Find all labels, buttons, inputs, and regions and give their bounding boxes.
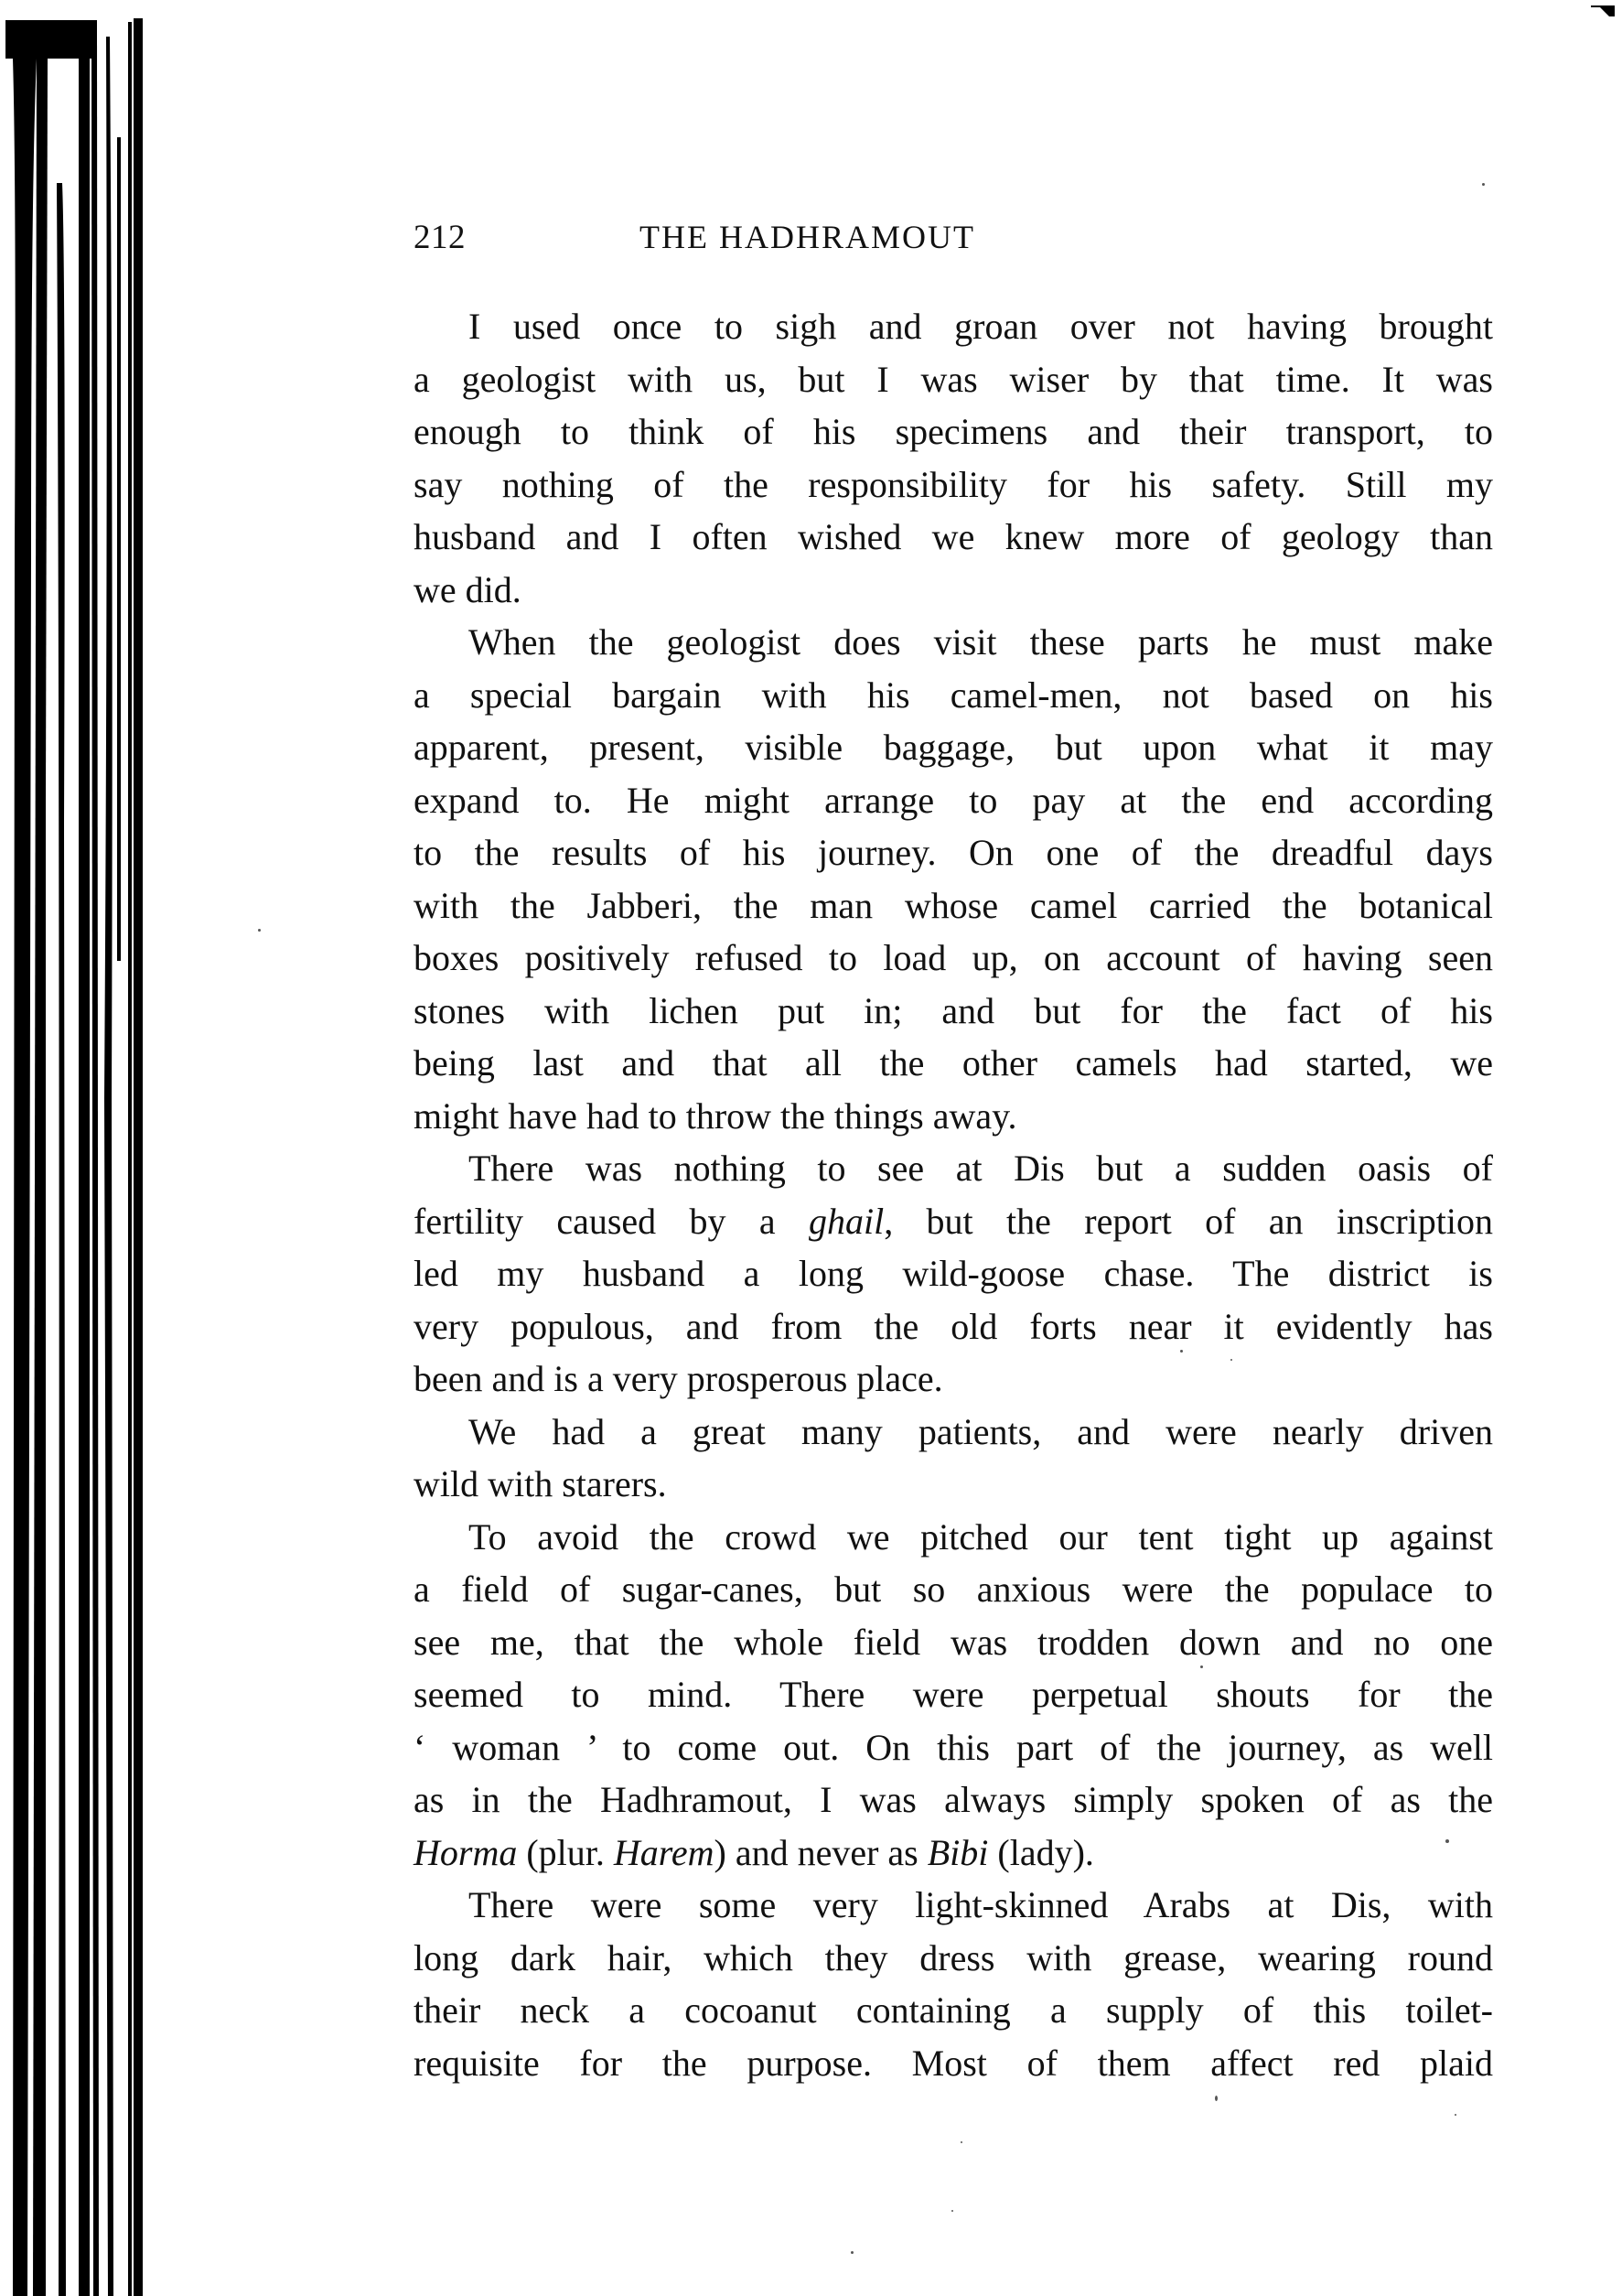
text-line: Horma (plur. Harem) and never as Bibi (l… <box>414 1827 1493 1880</box>
paragraph-6: There were some very light-skinned Arabs… <box>414 1879 1493 2089</box>
paragraph-3: There was nothing to see at Dis but a su… <box>414 1142 1493 1406</box>
italic-term-bibi: Bibi <box>928 1832 989 1873</box>
text-line: as in the Hadhramout, I was always simpl… <box>414 1773 1493 1827</box>
italic-term-ghail: ghail <box>809 1201 884 1242</box>
text-line: long dark hair, which they dress with gr… <box>414 1932 1493 1985</box>
text-run: (plur. <box>517 1832 614 1873</box>
running-header: 212 THE HADHRAMOUT <box>414 218 1493 264</box>
text-line: we did. <box>414 564 1493 617</box>
text-line: to the results of his journey. On one of… <box>414 826 1493 879</box>
paragraph-1: I used once to sigh and groan over not h… <box>414 300 1493 616</box>
text-line: stones with lichen put in; and but for t… <box>414 985 1493 1038</box>
text-line: their neck a cocoanut containing a suppl… <box>414 1984 1493 2037</box>
italic-term-harem: Harem <box>614 1832 714 1873</box>
page-body: I used once to sigh and groan over not h… <box>414 300 1493 2089</box>
text-line: been and is a very prosperous place. <box>414 1353 1493 1406</box>
paragraph-4: We had a great many patients, and were n… <box>414 1406 1493 1511</box>
text-line: a field of sugar-canes, but so anxious w… <box>414 1563 1493 1616</box>
text-line: being last and that all the other camels… <box>414 1037 1493 1090</box>
text-line: seemed to mind. There were perpetual sho… <box>414 1668 1493 1721</box>
text-line: When the geologist does visit these part… <box>414 616 1493 669</box>
page-number: 212 <box>414 218 466 257</box>
text-line: We had a great many patients, and were n… <box>414 1406 1493 1459</box>
text-line: I used once to sigh and groan over not h… <box>414 300 1493 353</box>
paragraph-5: To avoid the crowd we pitched our tent t… <box>414 1511 1493 1880</box>
text-line: led my husband a long wild-goose chase. … <box>414 1247 1493 1300</box>
text-line: a special bargain with his camel-men, no… <box>414 669 1493 722</box>
italic-term-horma: Horma <box>414 1832 517 1873</box>
text-run: fertility caused by a <box>414 1201 809 1242</box>
text-line: expand to. He might arrange to pay at th… <box>414 774 1493 827</box>
text-line: with the Jabberi, the man whose camel ca… <box>414 879 1493 932</box>
text-line: fertility caused by a ghail, but the rep… <box>414 1195 1493 1248</box>
text-line: very populous, and from the old forts ne… <box>414 1300 1493 1353</box>
text-line: To avoid the crowd we pitched our tent t… <box>414 1511 1493 1564</box>
text-line: say nothing of the responsibility for hi… <box>414 458 1493 512</box>
text-run: , but the report of an inscription <box>884 1201 1493 1242</box>
text-line: ‘ woman ’ to come out. On this part of t… <box>414 1721 1493 1774</box>
text-line: enough to think of his specimens and the… <box>414 405 1493 458</box>
text-line: boxes positively refused to load up, on … <box>414 932 1493 985</box>
text-line: husband and I often wished we knew more … <box>414 511 1493 564</box>
text-run: ) and never as <box>714 1832 928 1873</box>
text-line: apparent, present, visible baggage, but … <box>414 721 1493 774</box>
text-line: see me, that the whole field was trodden… <box>414 1616 1493 1669</box>
text-run: (lady). <box>988 1832 1094 1873</box>
text-line: There was nothing to see at Dis but a su… <box>414 1142 1493 1195</box>
text-line: a geologist with us, but I was wiser by … <box>414 353 1493 406</box>
text-line: requisite for the purpose. Most of them … <box>414 2037 1493 2090</box>
text-line: might have had to throw the things away. <box>414 1090 1493 1143</box>
paragraph-2: When the geologist does visit these part… <box>414 616 1493 1142</box>
running-title: THE HADHRAMOUT <box>639 218 975 256</box>
scan-corner-mark <box>1591 5 1615 18</box>
text-line: There were some very light-skinned Arabs… <box>414 1879 1493 1932</box>
book-binding-edge <box>0 0 156 2296</box>
text-line: wild with starers. <box>414 1458 1493 1511</box>
